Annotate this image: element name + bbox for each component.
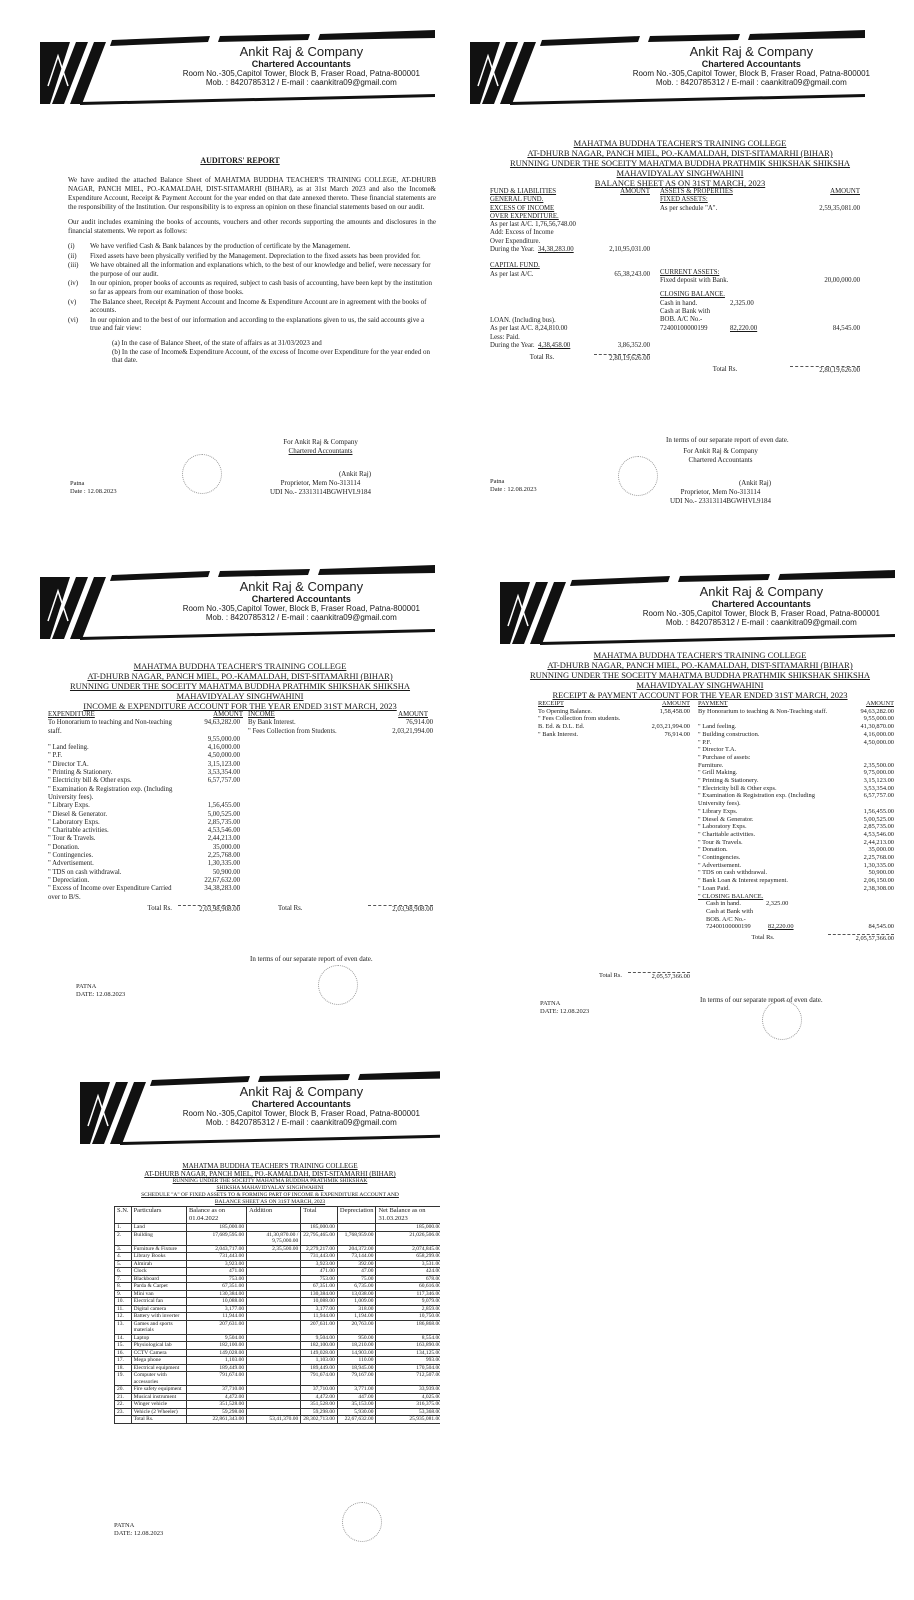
report-item: (iv)In our opinion, proper books of acco… (68, 279, 436, 296)
sched-title-3: BALANCE SHEET AS ON 31ST MARCH, 2023 (100, 1199, 440, 1206)
item-label: " Grill Making. (698, 769, 838, 777)
item-amount (178, 786, 240, 803)
table-cell: 59,298.00 (301, 1408, 338, 1416)
item-label: " Examination & Registration exp. (Inclu… (48, 786, 178, 803)
item-label: " P.F. (48, 752, 178, 760)
table-cell (247, 1275, 301, 1283)
table-cell: 1,194.00 (337, 1313, 376, 1321)
list-item: " Printing & Stationery.3,53,354.00 (48, 769, 248, 777)
table-cell: 351,528.00 (186, 1401, 246, 1409)
table-cell: 6. (115, 1268, 132, 1276)
college-society: RUNNING UNDER THE SOCEITY MAHATMA BUDDHA… (40, 681, 440, 691)
table-cell: 18,945.00 (337, 1364, 376, 1372)
table-cell: 351,528.00 (301, 1401, 338, 1409)
table-cell: 20. (115, 1386, 132, 1394)
place-label: Patna (70, 480, 117, 488)
date-label: DATE: 12.08.2023 (114, 1530, 163, 1538)
table-cell: 318.00 (337, 1305, 376, 1313)
table-cell: 182,100.00 (186, 1342, 246, 1350)
item-label: " TDS on cash withdrawal. (698, 869, 838, 877)
table-cell: 75.00 (337, 1275, 376, 1283)
list-item: " Director T.A.3,15,123.00 (48, 761, 248, 769)
rp-body: RECEIPTAMOUNT To Opening Balance.1,58,45… (538, 700, 900, 1010)
item-label: " Depreciation. (48, 877, 178, 885)
item-amount: 2,03,21,994.00 (368, 728, 433, 736)
table-cell: 471.00 (301, 1268, 338, 1276)
report-item-number: (iii) (68, 261, 90, 278)
bs-loan-during: During the Year. (490, 342, 538, 350)
item-amount: 9,55,000.00 (178, 736, 240, 744)
table-cell: 13,038.00 (337, 1290, 376, 1298)
sched-college-name: MAHATMA BUDDHA TEACHER'S TRAINING COLLEG… (100, 1162, 440, 1170)
table-cell: 5,930.00 (337, 1408, 376, 1416)
table-cell (247, 1349, 301, 1357)
rp-cash-bank: Cash at Bank with (698, 908, 898, 916)
table-cell: 753.00 (301, 1275, 338, 1283)
table-cell: 9,079.00 (376, 1298, 440, 1306)
table-cell: 4. (115, 1253, 132, 1261)
table-cell (247, 1224, 301, 1232)
list-item: " Diesel & Generator.5,00,525.00 (698, 816, 898, 824)
item-label: " Excess of Income over Expenditure Carr… (48, 885, 178, 902)
report-item: (iii)We have obtained all the informatio… (68, 261, 436, 278)
table-cell: 67,351.00 (301, 1283, 338, 1291)
report-item-number: (iv) (68, 279, 90, 296)
item-label: " Building construction. (698, 731, 838, 739)
sig-udin: UDI No.- 23313114BGWHVL9184 (670, 497, 771, 506)
date-label: Date : 12.08.2023 (490, 486, 537, 494)
list-item: " Building construction.4,16,000.00 (698, 731, 898, 739)
fixed-assets-table: S.N.ParticularsBalance as on 01.04.2022A… (114, 1206, 440, 1424)
bs-right-amount-header: AMOUNT (790, 188, 860, 196)
table-cell: 9,504.00 (301, 1334, 338, 1342)
table-header: Particulars (131, 1207, 186, 1224)
firm-name: Ankit Raj & Company (183, 44, 420, 59)
list-item: 9,55,000.00 (698, 715, 898, 723)
table-cell: 471.00 (186, 1268, 246, 1276)
bs-right-header: ASSETS & PROPERTIES (660, 188, 790, 196)
table-row: 17.Mega phone1,103.001,103.00110.00993.0… (115, 1357, 441, 1365)
table-cell: 10,088.00 (301, 1298, 338, 1306)
list-item: 9,55,000.00 (48, 736, 248, 744)
item-amount: 22,67,632.00 (178, 877, 240, 885)
list-item: " Charitable activities.4,53,546.00 (48, 827, 248, 835)
list-item: To Honorarium to teaching and Non-teachi… (48, 719, 248, 736)
table-cell: 993.00 (376, 1357, 440, 1365)
firm-address: Room No.-305,Capitol Tower, Block B, Fra… (183, 604, 420, 613)
table-cell: Battery with inverter (131, 1313, 186, 1321)
rp-acno: 72400100000199 (706, 923, 768, 931)
item-amount: 4,50,000.00 (178, 752, 240, 760)
firm-designation: Chartered Accountants (183, 59, 420, 69)
table-row: 18.Electrical equipment189,449.00189,449… (115, 1364, 441, 1372)
table-cell: 2,043,717.00 (186, 1245, 246, 1253)
table-cell: 424.00 (376, 1268, 440, 1276)
bs-amount-header: AMOUNT (600, 188, 650, 196)
table-row: 7.Blackboard753.00753.0075.00678.00 (115, 1275, 441, 1283)
table-row: 20.Fire safety equipment37,710.0037,710.… (115, 1386, 441, 1394)
list-item: " Diesel & Generator.5,00,525.00 (48, 811, 248, 819)
rp-receipts-list: To Opening Balance.1,58,458.00" Fees Col… (538, 708, 698, 739)
ie-total-label-left: Total Rs. (48, 905, 178, 914)
table-cell: 316,375.00 (376, 1401, 440, 1409)
table-cell: 53,41,370.00 (247, 1416, 301, 1424)
table-cell (247, 1401, 301, 1409)
college-society-cont: MAHAVIDYALAY SINGHWAHINI (470, 168, 890, 178)
report-item-text: The Balance sheet, Receipt & Payment Acc… (90, 298, 436, 315)
table-cell: 170,504.00 (376, 1364, 440, 1372)
item-amount: 2,85,735.00 (178, 819, 240, 827)
report-item-number: (i) (68, 242, 90, 251)
list-item: " Library Exps.1,56,455.00 (698, 808, 898, 816)
list-item: " Printing & Stationery.3,15,123.00 (698, 777, 898, 785)
table-cell: 2,859.00 (376, 1305, 440, 1313)
ie-total-right: 2,03,98,908.00 (368, 905, 433, 914)
firm-contact: Mob. : 8420785312 / E-mail : caankitra09… (183, 78, 420, 87)
table-cell: 130,384.00 (301, 1290, 338, 1298)
item-amount: 6,57,757.00 (178, 777, 240, 785)
sig-udin: UDI No.- 23313114BGWHVL9184 (270, 488, 371, 497)
item-label: " Purchase of assets: (698, 754, 838, 762)
firm-name: Ankit Raj & Company (183, 1084, 420, 1099)
item-label: " Library Exps. (48, 802, 178, 810)
place-date: PATNA DATE: 12.08.2023 (540, 1000, 589, 1016)
list-item: " TDS on cash withdrawal.50,900.00 (698, 869, 898, 877)
table-cell: 22. (115, 1401, 132, 1409)
receipt-payment-page: Ankit Raj & Company Chartered Accountant… (500, 560, 900, 1050)
table-cell: 28,302,713.00 (301, 1416, 338, 1424)
table-row: 15.Physiological lab182,100.00182,100.00… (115, 1342, 441, 1350)
item-label: To Opening Balance. (538, 708, 638, 716)
table-cell: Physiological lab (131, 1342, 186, 1350)
balance-sheet-body: FUND & LIABILITIESAMOUNT GENERAL FUND. E… (490, 188, 890, 418)
table-cell (247, 1298, 301, 1306)
item-amount: 9,55,000.00 (838, 715, 894, 723)
list-item: " Electricity bill & Other exps.3,53,354… (698, 785, 898, 793)
item-amount: 50,900.00 (178, 869, 240, 877)
item-label: " Library Exps. (698, 808, 838, 816)
firm-contact: Mob. : 8420785312 / E-mail : caankitra09… (183, 1118, 420, 1127)
table-row: 4.Library Books731,443.00731,443.0073,14… (115, 1253, 441, 1261)
table-cell (115, 1416, 132, 1424)
stamp-seal-icon (762, 1000, 802, 1040)
list-item: " Tour & Travels.2,44,213.00 (698, 839, 898, 847)
list-item: B. Ed. & D.L. Ed.2,03,21,994.00 (538, 723, 698, 731)
item-label: " Advertisement. (48, 860, 178, 868)
bs-during-year-value: 34,38,283.00 (538, 246, 594, 254)
item-label: " Tour & Travels. (698, 839, 838, 847)
letterhead: Ankit Raj & Company Chartered Accountant… (80, 1060, 440, 1148)
table-header: Addition (247, 1207, 301, 1224)
list-item: " Excess of Income over Expenditure Carr… (48, 885, 248, 902)
item-amount: 3,15,123.00 (838, 777, 894, 785)
even-date-note: In terms of our separate report of even … (250, 955, 373, 964)
list-item: " Land feeling.41,30,870.00 (698, 723, 898, 731)
bs-loan-during-value: 4,38,458.00 (538, 342, 594, 350)
item-label: " Tour & Travels. (48, 835, 178, 843)
table-cell (247, 1357, 301, 1365)
college-address: AT-DHURB NAGAR, PANCH MIEL, PO.-KAMALDAH… (40, 671, 440, 681)
table-row: 3.Furniture & Fixture2,043,717.002,35,50… (115, 1245, 441, 1253)
bs-cash-hand: Cash in hand. (660, 300, 730, 308)
item-label: " Printing & Stationery. (48, 769, 178, 777)
firm-designation: Chartered Accountants (183, 594, 420, 604)
table-cell: 207,631.00 (301, 1320, 338, 1334)
table-cell: 185,000.00 (301, 1224, 338, 1232)
table-cell: 10,750.00 (376, 1313, 440, 1321)
table-cell: 37,710.00 (186, 1386, 246, 1394)
table-cell: CCTV Camera (131, 1349, 186, 1357)
sig-for-firm: For Ankit Raj & Company (270, 438, 371, 447)
firm-designation: Chartered Accountants (633, 59, 870, 69)
table-cell: 3,923.00 (186, 1260, 246, 1268)
table-cell: 1. (115, 1224, 132, 1232)
item-amount: 4,16,000.00 (178, 744, 240, 752)
table-cell: 134,125.00 (376, 1349, 440, 1357)
sig-name: (Ankit Raj) (270, 470, 371, 479)
item-label: " Diesel & Generator. (698, 816, 838, 824)
firm-address: Room No.-305,Capitol Tower, Block B, Fra… (643, 609, 880, 618)
date-label: DATE: 12.08.2023 (76, 991, 125, 999)
table-cell: 60,616.00 (376, 1283, 440, 1291)
report-item-number: (v) (68, 298, 90, 315)
table-cell: 189,449.00 (301, 1364, 338, 1372)
table-cell: 2. (115, 1231, 132, 1245)
list-item: By Bank Interest.76,914.00 (248, 719, 438, 727)
table-cell: 11,944.00 (186, 1313, 246, 1321)
item-label: " Land feeling. (698, 723, 838, 731)
list-item: " Bank Interest.76,914.00 (538, 731, 698, 739)
table-cell: 3,923.00 (301, 1260, 338, 1268)
rp-cash-hand-value: 2,325.00 (766, 900, 788, 908)
stamp-seal-icon (318, 965, 358, 1005)
table-cell: 189,449.00 (186, 1364, 246, 1372)
item-amount: 2,25,768.00 (838, 854, 894, 862)
place-label: PATNA (76, 983, 125, 991)
table-row: 2.Building17,689,595.0041,30,870.00 / 9,… (115, 1231, 441, 1245)
item-label: By Honorarium to teaching & Non-Teaching… (698, 708, 838, 716)
table-cell: 392.00 (337, 1260, 376, 1268)
table-cell: 67,351.00 (186, 1283, 246, 1291)
item-label: " Bank Interest. (538, 731, 638, 739)
table-cell (247, 1290, 301, 1298)
table-cell (247, 1260, 301, 1268)
bs-fd-value: 20,00,000.00 (790, 277, 860, 285)
table-cell (247, 1283, 301, 1291)
item-amount: 6,57,757.00 (838, 792, 894, 807)
list-item: " Laboratory Exps.2,85,735.00 (698, 823, 898, 831)
bs-fd: Fixed deposit with Bank. (660, 277, 790, 285)
sched-running-line: RUNNING UNDER THE SOCEITY MAHATMA BUDDHA… (100, 1178, 440, 1185)
firm-name: Ankit Raj & Company (633, 44, 870, 59)
table-cell: 41,30,870.00 / 9,75,000.00 (247, 1231, 301, 1245)
signature-block: For Ankit Raj & Company Chartered Accoun… (670, 436, 771, 506)
college-society-cont: MAHAVIDYALAY SINGHWAHINI (500, 680, 900, 690)
table-row: 5.Almirah3,923.003,923.00392.003,531.00 (115, 1260, 441, 1268)
table-row: 10.Electrical fan10,088.0010,088.001,009… (115, 1298, 441, 1306)
item-amount: 5,00,525.00 (838, 816, 894, 824)
table-row: 14.Laptop9,504.009,504.00950.008,554.00 (115, 1334, 441, 1342)
ie-exp-header: EXPENDITURE (48, 711, 193, 719)
list-item: Furniture.2,35,500.00 (698, 762, 898, 770)
list-item: " Bank Loan & Interest repayment.2,06,15… (698, 877, 898, 885)
item-amount: 94,63,282.00 (178, 719, 240, 736)
college-name: MAHATMA BUDDHA TEACHER'S TRAINING COLLEG… (470, 138, 890, 148)
list-item: " Contingencies.2,25,768.00 (698, 854, 898, 862)
item-amount: 41,30,870.00 (838, 723, 894, 731)
item-amount: 1,56,455.00 (178, 802, 240, 810)
list-item: By Honorarium to teaching & Non-Teaching… (698, 708, 898, 716)
table-header: S.N. (115, 1207, 132, 1224)
table-cell: 163,890.00 (376, 1342, 440, 1350)
list-item: " Grill Making.9,75,000.00 (698, 769, 898, 777)
table-cell: 9. (115, 1290, 132, 1298)
table-cell: 204,372.00 (337, 1245, 376, 1253)
item-label: " Charitable activities. (698, 831, 838, 839)
item-label: " Director T.A. (698, 746, 838, 754)
rp-total-right: 2,05,57,366.00 (828, 934, 894, 943)
firm-designation: Chartered Accountants (643, 599, 880, 609)
report-item-number: (ii) (68, 252, 90, 261)
table-cell: 1,009.00 (337, 1298, 376, 1306)
item-label (698, 715, 838, 723)
table-row: 23.Vehicle (2 Wheeler)59,298.0059,298.00… (115, 1408, 441, 1416)
bs-acno: 72400100000199 (660, 325, 730, 333)
report-item-text: We have obtained all the information and… (90, 261, 436, 278)
list-item: " Donation.35,000.00 (698, 846, 898, 854)
sched-college-address: AT-DHURB NAGAR, PANCH MIEL, PO.-KAMALDAH… (100, 1170, 440, 1178)
table-cell: 59,298.00 (186, 1408, 246, 1416)
bs-total-label-left: Total Rs. (490, 354, 594, 363)
table-cell: Clock (131, 1268, 186, 1276)
report-paragraph-1: We have audited the attached Balance She… (68, 176, 436, 212)
bs-during-year: During the Year. (490, 246, 538, 254)
rp-bank-value: 82,220.00 (768, 923, 808, 931)
table-cell: 10,088.00 (186, 1298, 246, 1306)
bs-total-label-right: Total Rs. (660, 366, 790, 375)
item-amount: 34,38,283.00 (178, 885, 240, 902)
table-cell: 791,674.00 (301, 1372, 338, 1386)
table-row: 19.Computer with accessories791,674.0079… (115, 1372, 441, 1386)
bs-bank-value: 82,220.00 (730, 325, 790, 333)
table-cell: 14,903.00 (337, 1349, 376, 1357)
bs-cash-hand-value: 2,325.00 (730, 300, 770, 308)
table-cell: 20,763.00 (337, 1320, 376, 1334)
item-label: " Fees Collection from students. (538, 715, 638, 723)
table-row: 16.CCTV Camera149,028.00149,028.0014,903… (115, 1349, 441, 1357)
sched-title-2: SCHEDULE "A" OF FIXED ASSETS TO & FORMIN… (100, 1192, 440, 1199)
item-amount: 1,58,458.00 (638, 708, 690, 716)
item-label: B. Ed. & D.L. Ed. (538, 723, 638, 731)
table-cell: 117,346.00 (376, 1290, 440, 1298)
list-item: " Electricity bill & Other exps.6,57,757… (48, 777, 248, 785)
table-cell: 149,028.00 (301, 1349, 338, 1357)
table-row: 8.Parda & Carpet67,351.0067,351.006,735.… (115, 1283, 441, 1291)
bs-total-left: 2,80,19,626.00 (594, 354, 650, 363)
item-label: " Contingencies. (698, 854, 838, 862)
item-amount (838, 746, 894, 754)
college-society-cont: MAHAVIDYALAY SINGHWAHINI (40, 691, 440, 701)
sched-title-1: SHIKSHA MAHAVIDYALAY SINGHWAHINI (100, 1185, 440, 1192)
table-cell: 753.00 (186, 1275, 246, 1283)
rp-payment-header: PAYMENT (698, 700, 838, 708)
college-address: AT-DHURB NAGAR, PANCH MIEL, PO.-KAMALDAH… (470, 148, 890, 158)
table-row: 9.Mini van130,384.00130,384.0013,038.001… (115, 1290, 441, 1298)
table-cell: 731,443.00 (301, 1253, 338, 1261)
table-cell: Electrical fan (131, 1298, 186, 1306)
item-amount: 5,00,525.00 (178, 811, 240, 819)
table-cell: 658,299.00 (376, 1253, 440, 1261)
table-cell: Almirah (131, 1260, 186, 1268)
college-society: RUNNING UNDER THE SOCEITY MAHATMA BUDDHA… (470, 158, 890, 168)
table-row: 22.Winger vehicle351,528.00351,528.0035,… (115, 1401, 441, 1409)
even-date-note: In terms of our separate report of even … (700, 996, 823, 1005)
rp-payments-list: By Honorarium to teaching & Non-Teaching… (698, 708, 898, 893)
item-label: " Examination & Registration exp. (Inclu… (698, 792, 838, 807)
report-item-text: In our opinion, proper books of accounts… (90, 279, 436, 296)
table-cell: Furniture & Fixture (131, 1245, 186, 1253)
table-cell: 17. (115, 1357, 132, 1365)
table-cell: 1,103.00 (301, 1357, 338, 1365)
table-cell: 4,472.00 (186, 1393, 246, 1401)
signature-block: For Ankit Raj & Company Chartered Accoun… (270, 438, 371, 497)
ie-title: INCOME & EXPENDITURE ACCOUNT FOR THE YEA… (40, 701, 440, 711)
table-cell: 2,279,217.00 (301, 1245, 338, 1253)
item-amount: 76,914.00 (368, 719, 433, 727)
bs-total-right: 2,80,19,626.00 (790, 366, 860, 375)
item-amount: 2,44,213.00 (178, 835, 240, 843)
table-cell: 12. (115, 1313, 132, 1321)
table-cell: 731,443.00 (186, 1253, 246, 1261)
report-item-text: Fixed assets have been physically verifi… (90, 252, 421, 261)
table-cell: 53,368.00 (376, 1408, 440, 1416)
table-cell: Blackboard (131, 1275, 186, 1283)
table-cell (247, 1268, 301, 1276)
table-cell: 37,710.00 (301, 1386, 338, 1394)
table-cell: 19. (115, 1372, 132, 1386)
table-cell: Computer with accessories (131, 1372, 186, 1386)
item-amount: 2,25,768.00 (178, 852, 240, 860)
date-label: DATE: 12.08.2023 (540, 1008, 589, 1016)
table-row: 21.Musical instrument4,472.004,472.00447… (115, 1393, 441, 1401)
item-amount: 35,000.00 (178, 844, 240, 852)
item-label: To Honorarium to teaching and Non-teachi… (48, 719, 178, 736)
ie-inc-header: INCOME (248, 711, 368, 719)
letterhead: Ankit Raj & Company Chartered Accountant… (500, 560, 900, 648)
table-cell: 8,554.00 (376, 1334, 440, 1342)
table-cell: 47.00 (337, 1268, 376, 1276)
firm-address: Room No.-305,Capitol Tower, Block B, Fra… (183, 1109, 420, 1118)
firm-contact: Mob. : 8420785312 / E-mail : caankitra09… (183, 613, 420, 622)
firm-name: Ankit Raj & Company (183, 579, 420, 594)
table-cell: Electrical equipment (131, 1364, 186, 1372)
college-name: MAHATMA BUDDHA TEACHER'S TRAINING COLLEG… (500, 650, 900, 660)
table-cell: Parda & Carpet (131, 1283, 186, 1291)
bs-cash-bank: Cash at Bank with (660, 308, 880, 316)
list-item: " Fees Collection from Students.2,03,21,… (248, 728, 438, 736)
report-items-list: (i)We have verified Cash & Bank balances… (40, 242, 440, 333)
stamp-seal-icon (342, 1502, 382, 1542)
place-date: PATNA DATE: 12.08.2023 (114, 1522, 163, 1538)
table-cell: 22,67,632.00 (337, 1416, 376, 1424)
ie-income-list: By Bank Interest.76,914.00" Fees Collect… (248, 719, 438, 736)
item-label: " Director T.A. (48, 761, 178, 769)
table-cell: 9,504.00 (186, 1334, 246, 1342)
table-cell (247, 1364, 301, 1372)
list-item: " Laboratory Exps.2,85,735.00 (48, 819, 248, 827)
table-cell: 447.00 (337, 1393, 376, 1401)
table-cell: 25,935,081.00 (376, 1416, 440, 1424)
